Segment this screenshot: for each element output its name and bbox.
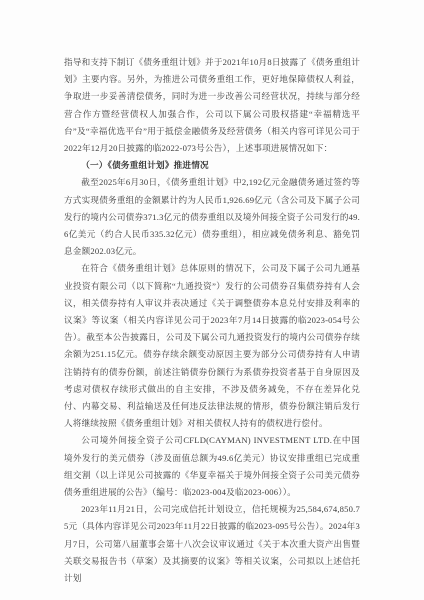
paragraph-restructuring-amounts: 截至2025年6月30日，《债务重组计划》中2,192亿元金融债务通过签约等方式… [64,174,360,260]
paragraph-trust-plan: 2023年11月21日，公司完成信托计划设立，信托规模为25,584,674,8… [64,501,360,587]
document-body: 指导和支持下制订《债务重组计划》并于2021年10月8日披露了《债务重组计划》主… [64,54,360,587]
paragraph-offshore-usd-bonds: 公司境外间接全资子公司CFLD(CAYMAN) INVESTMENT LTD.在… [64,432,360,501]
announcement-page: 指导和支持下制订《债务重组计划》并于2021年10月8日披露了《债务重组计划》主… [0,0,424,600]
paragraph-bondholder-meeting: 在符合《债务重组计划》总体原则的情况下，公司及下属子公司九通基业投资有限公司（以… [64,260,360,432]
paragraph-continuation: 指导和支持下制订《债务重组计划》并于2021年10月8日披露了《债务重组计划》主… [64,54,360,157]
section-heading-debt-restructuring-progress: （一）《债务重组计划》推进情况 [64,157,360,174]
